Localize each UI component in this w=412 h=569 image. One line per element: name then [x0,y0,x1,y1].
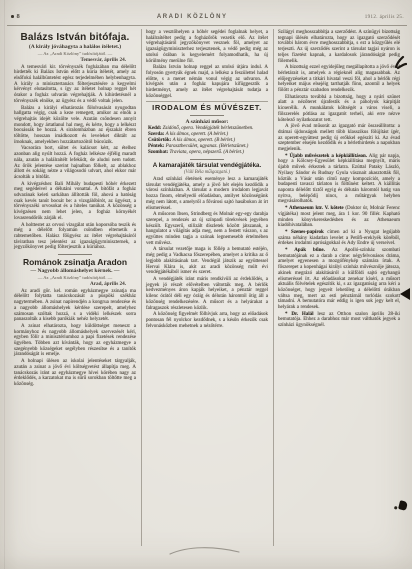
section-heading: IRODALOM ÉS MŰVÉSZET. [146,104,268,113]
news-item: * Szenes-papírok címen ad ki a Nyugat le… [278,230,400,247]
ink-blob-icon [398,500,408,511]
body-paragraph: A társulat vezetője maga is föllép a bem… [146,247,268,276]
schedule-row: Szombat: Traviata, opera, népszerű. (A b… [148,150,268,156]
column-right: Szilágyi meghosszabbítja a szerződést. A… [273,29,405,546]
schedule-day: Péntek: [148,144,164,149]
schedule-day: Szombat: [148,150,168,155]
schedule-day: Kedd: [148,126,161,131]
news-item-lead: * Dr. Halál [285,312,314,317]
schedule-play: A kis álmos, operett. (B bérlet.) [173,138,236,143]
news-item: * Dr. Halál lesz az Otthon szalon áprili… [278,312,400,329]
page-number-group: 8 [11,13,20,20]
feature-divider [190,159,224,160]
article1-byline: — Az „Aradi Közlöny” tudósítójától. — [14,51,136,57]
body-paragraph: Elhatározta továbbá a bizottság, hogy a … [278,95,400,124]
body-paragraph: A jövő évad műsorát az igazgató már össz… [278,124,400,153]
article1-subtitle: (A király jóváhagyta a halálos ítéletet.… [14,44,136,51]
body-paragraph: A vendégjáték iránt máris rendkívüli az … [146,277,268,311]
handwritten-ink-squiggle-icon [394,55,407,71]
body-paragraph: A holttestet az orvosi vizsgálat után ko… [14,223,136,252]
column-left: Balázs István bitófaja. (A király jóváha… [10,29,141,546]
ink-triangle-arrow-icon [400,288,410,300]
article2-dateline: Arad, április 24. [14,281,126,287]
body-paragraph: Arad színházi életének eseménye lesz a k… [146,177,268,211]
body-paragraph: A holnapi ülésen az iskolai jelentéseket… [14,359,136,388]
news-item: * Újabb művészetek a képkiállításon. Ali… [278,154,400,205]
body-paragraph: Vacsorára bort, sültet és kalácsot kért,… [14,146,136,180]
schedule-play: Parasztbecsület, ugyanaz. (Bérletszünet.… [166,144,249,149]
article2-headline: Románok zsinatja Aradon [14,258,136,268]
article-divider [58,254,92,255]
schedule-play: Traviata, opera, népszerű. (A bérlet.) [170,150,244,155]
article1-dateline: Temesvár, április 24. [14,57,126,63]
body-paragraph: A bizottság ezzel egyidejűleg megállapít… [278,65,400,94]
column-middle: hogy a vesztőhelyen a hóhér segédei fogl… [141,29,273,546]
page-fold-shadow [4,0,5,569]
body-paragraph: A temesvári kir. törvényszék fogházában … [14,65,136,105]
news-item-text: Alig pár napja, hogy a Kölcsey-Egyesület… [278,154,400,205]
news-item-lead: * Apák bűne. [285,248,325,253]
body-paragraph: A közönség figyelmét fölhívjuk arra, hog… [146,312,268,329]
schedule-day: Szerda: [148,132,164,137]
issue-date: 1912. április 25. [365,15,404,20]
pencil-stroke-icon [168,543,242,559]
body-paragraph: Az aradi gör. kel. román egyházmegye zsi… [14,289,136,323]
body-paragraph: A zsinat elhatározta, hogy küldöttséget … [14,324,136,358]
header-rule [7,25,407,26]
masthead-title: ARADI KÖZLÖNY [157,14,228,20]
news-item-text: Az Apolló-színház szombati bemutatójának… [278,248,400,310]
column-layout: Balázs István bitófaja. (A király jóváha… [10,29,405,546]
news-item: * Apák bűne. Az Apolló-színház szombati … [278,248,400,311]
article2-subtitle: — Nagyobb állomáshelyet kérnek. — [14,268,136,275]
article2-byline: — Az „Aradi Közlöny” tudósítójától. — [14,275,136,281]
newspaper-page: 8 ARADI KÖZLÖNY 1912. április 25. Balázs… [0,0,412,569]
feature-heading: A kamarajáték társulat vendégjátéka. [146,162,268,169]
section-rule [146,101,268,102]
schedule-play: Zsidónő, opera. Vendégjáték bérletszünet… [163,126,254,131]
body-paragraph: hogy a vesztőhelyen a hóhér segédei fogl… [146,30,268,64]
theatre-schedule: Kedd: Zsidónő, opera. Vendégjáték bérlet… [148,126,268,156]
feature-subheading: (Váli Béla műigazgató.) [146,170,268,176]
page-header: 8 ARADI KÖZLÖNY 1912. április 25. [11,13,404,20]
page-number: 8 [17,13,20,20]
article1-headline: Balázs István bitófaja. [14,32,136,43]
body-paragraph: A kivégzéshez Bali Mihály budapesti hóhé… [14,182,136,222]
schedule-heading: A színházi műsor: [146,119,268,126]
section-divider [190,115,224,116]
schedule-play: A kis álmos, operett. (A bérlet.) [166,132,228,137]
news-item: * Athenaeum ktr. V. kötete (Doktor úr, M… [278,206,400,229]
news-item-lead: * Szenes-papírok [285,230,324,235]
body-paragraph: A műsoron Ibsen, Strindberg és Molnár eg… [146,212,268,246]
schedule-day: Csütörtök: [148,138,171,143]
body-paragraph: Szilágyi meghosszabbítja a szerződést. A… [278,30,400,64]
body-paragraph: Balázs a királyi elhatározás fölolvasásá… [14,106,136,146]
body-paragraph: Balázs István holnap reggel az utolsó út… [146,65,268,99]
ink-dot-icon [11,15,14,18]
news-item-lead: * Athenaeum ktr. V. kötete [285,206,344,211]
